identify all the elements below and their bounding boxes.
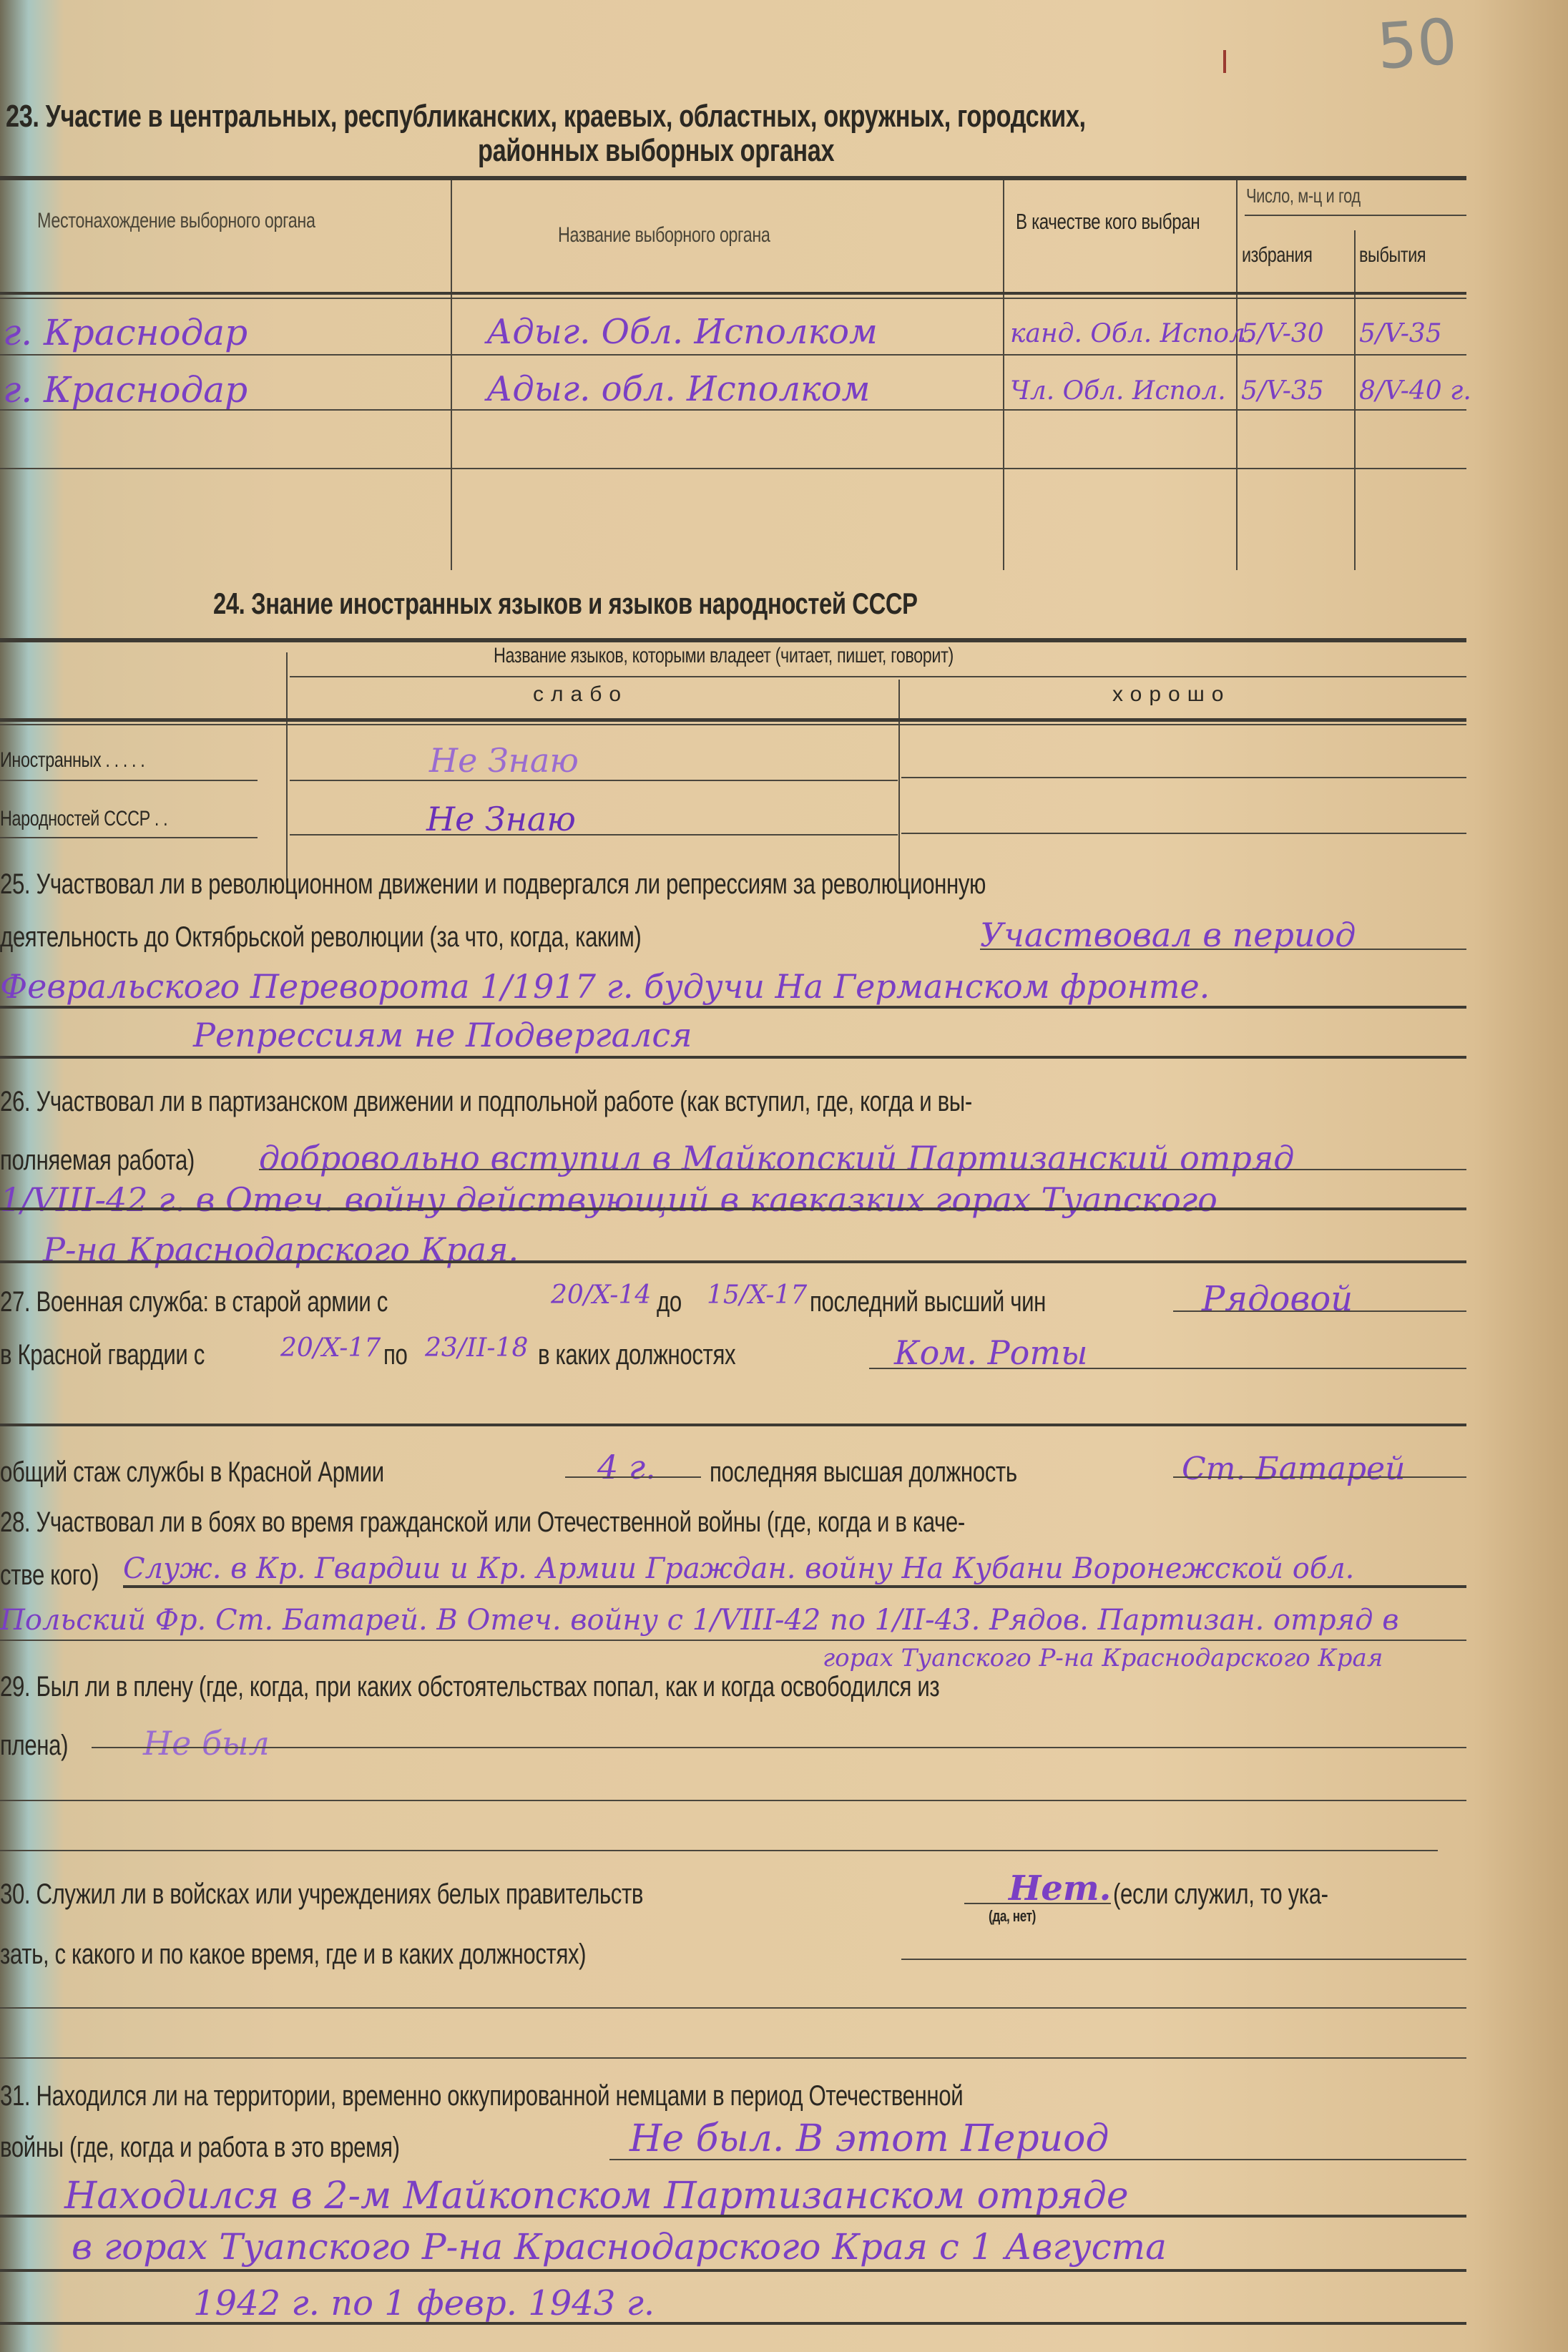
s24-row-rule	[0, 780, 258, 781]
s30-answer-line	[964, 1903, 1111, 1904]
s28-answer-line	[123, 1585, 1466, 1588]
s31-answer-line	[0, 2269, 1466, 2272]
s30-line2: зать, с какого и по какое время, где и в…	[0, 1939, 586, 1971]
s31-answer-2: Находился в 2-м Майкопском Партизанском …	[64, 2175, 1129, 2218]
s23-row1-name: Адыг. Обл. Исполком	[486, 312, 878, 352]
s23-col-elected-header: избрания	[1242, 243, 1313, 268]
s23-header-rule	[0, 292, 1466, 295]
s24-header-rule	[0, 718, 1466, 722]
s27-rank-line	[1173, 1310, 1466, 1312]
s28-answer-3: горах Туапского Р-на Краснодарского Края	[823, 1644, 1383, 1672]
s30-answer-line-2	[901, 1959, 1466, 1960]
s27-label-total: общий стаж службы в Красной Армии	[0, 1456, 384, 1489]
s23-col-left-header: выбытия	[1359, 243, 1426, 268]
s23-row-rule	[0, 354, 1466, 356]
s25-answer-line	[980, 949, 1466, 950]
s24-row1-label: Иностранных . . . . .	[0, 748, 144, 773]
s27-red-to: 23/II-18	[425, 1333, 528, 1363]
s29-blank-line	[0, 1800, 1466, 1801]
s30-hint: (да, нет)	[989, 1907, 1036, 1926]
s24-title: 24. Знание иностранных языков и языков н…	[213, 587, 918, 621]
s30-label: 30. Служил ли в войсках или учреждениях …	[0, 1878, 643, 1911]
s23-row2-name: Адыг. обл. Исполком	[486, 369, 870, 409]
s23-row1-location: г. Краснодар	[3, 312, 248, 353]
s24-row-rule	[0, 837, 258, 838]
s27-label-until: по	[383, 1339, 407, 1371]
s23-row1-role: канд. Обл. Испол.	[1010, 319, 1253, 348]
s28-answer-line	[0, 1640, 1466, 1641]
s23-col-divider	[1003, 180, 1004, 570]
s27-label-rank: последний высший чин	[810, 1286, 1046, 1318]
s23-row1-left: 5/V-35	[1359, 319, 1442, 348]
s26-answer-2: 1/VIII-42 г. в Отеч. войну действующий в…	[0, 1180, 1217, 1219]
s27-row2: в Красной гвардии с 20/X-17 по 23/II-18 …	[0, 1339, 1502, 1375]
s25-answer-line	[0, 1056, 1466, 1059]
s31-answer-line	[0, 2322, 1466, 2325]
s23-col-date-header: Число, м-ц и год	[1246, 185, 1361, 207]
s23-row2-left: 8/V-40 г.	[1359, 376, 1471, 406]
s23-date-group-rule	[1245, 215, 1466, 216]
s28-line2: стве кого)	[0, 1559, 99, 1592]
s24-row1-weak: Не Знаю	[429, 741, 579, 780]
s23-col-name-header: Название выборного органа	[558, 223, 770, 248]
s24-row1-good-line	[901, 777, 1466, 778]
s23-row2-elected: 5/V-35	[1241, 376, 1324, 406]
s27-total-line	[565, 1476, 701, 1478]
s30-blank-line	[0, 2057, 1466, 2059]
s25-answer-3: Репрессиям не Подвергался	[193, 1016, 692, 1054]
s31-answer-line	[609, 2159, 1466, 2160]
s28-answer-2: Польский Фр. Ст. Батарей. В Отеч. войну …	[0, 1604, 1399, 1637]
s26-line1: 26. Участвовал ли в партизанском движени…	[0, 1086, 972, 1118]
s24-group-rule	[290, 676, 1466, 677]
s25-answer-line	[0, 1006, 1466, 1009]
s31-answer-3: в горах Туапского Р-на Краснодарского Кр…	[72, 2226, 1167, 2268]
s27-label-red-guard: в Красной гвардии с	[0, 1339, 205, 1371]
s26-answer-line	[259, 1169, 1466, 1170]
s31-answer-line	[0, 2215, 1466, 2218]
s27-label-positions: в каких должностях	[538, 1339, 735, 1371]
s27-label-to: до	[657, 1286, 682, 1318]
s29-line1: 29. Был ли в плену (где, когда, при каки…	[0, 1671, 939, 1703]
s29-answer-line	[92, 1747, 1466, 1748]
page-number: 50	[1375, 4, 1460, 84]
s25-answer-2: Февральского Переворота 1/1917 г. будучи…	[0, 967, 1210, 1006]
s27-label-last-position: последняя высшая должность	[710, 1456, 1017, 1489]
s27-total-service: 4 г.	[597, 1448, 656, 1486]
s24-row2-good-line	[901, 833, 1466, 834]
s27-label-old-army: 27. Военная служба: в старой армии с	[0, 1286, 388, 1318]
s29-line2: плена)	[0, 1730, 68, 1762]
s27-positions-line	[869, 1368, 1466, 1369]
s23-table-top-rule	[0, 176, 1466, 180]
s25-line1: 25. Участвовал ли в революционном движен…	[0, 868, 986, 901]
s26-answer-line	[0, 1260, 1466, 1263]
s29-answer: Не был	[143, 1724, 270, 1763]
s23-col-divider	[1236, 180, 1238, 570]
s27-old-rank: Рядовой	[1202, 1279, 1353, 1319]
s27-red-from: 20/X-17	[280, 1333, 381, 1363]
s26-line2: полняемая работа)	[0, 1145, 195, 1177]
s24-col-divider	[898, 680, 900, 881]
s23-col-divider	[1354, 230, 1356, 570]
s24-header-rule	[0, 724, 1466, 725]
s23-row2-role: Чл. Обл. Испол.	[1010, 376, 1226, 406]
s27-row3: общий стаж службы в Красной Армии 4 г. п…	[0, 1456, 1502, 1492]
s27-last-position: Ст. Батарей	[1182, 1451, 1405, 1487]
s28-line1: 28. Участвовал ли в боях во время гражда…	[0, 1506, 965, 1539]
s24-row2-label: Народностей СССР . .	[0, 807, 167, 831]
s23-row2-location: г. Краснодар	[3, 369, 248, 411]
s23-col-role-header: В качестве кого выбран	[1016, 209, 1200, 235]
s23-title-line2: районных выборных органах	[478, 133, 834, 169]
s24-group-header: Название языков, которыми владеет (читае…	[494, 644, 954, 668]
s27-old-to: 15/X-17	[707, 1280, 807, 1310]
s27-row1: 27. Военная служба: в старой армии с 20/…	[0, 1286, 1502, 1322]
s23-header-rule	[0, 298, 1466, 299]
s23-row1-elected: 5/V-30	[1241, 319, 1324, 348]
s31-answer-4: 1942 г. по 1 февр. 1943 г.	[193, 2283, 655, 2323]
s30-blank-line	[0, 2007, 1466, 2009]
s31-line1: 31. Находился ли на территории, временно…	[0, 2080, 963, 2112]
s26-answer-line	[0, 1207, 1466, 1210]
s24-col-divider	[286, 652, 288, 881]
s23-row-rule	[0, 409, 1466, 411]
s31-answer-1: Не был. В этот Период	[629, 2117, 1109, 2160]
s23-row-rule	[0, 468, 1466, 469]
s26-answer-1: добровольно вступил в Майкопский Партиза…	[259, 1139, 1294, 1177]
s25-line2: деятельность до Октябрьской революции (з…	[0, 921, 641, 954]
s27-last-position-line	[1173, 1476, 1466, 1478]
pencil-mark	[1223, 50, 1226, 73]
s31-line2: войны (где, когда и работа в это время)	[0, 2132, 400, 2164]
s23-col-location-header: Местонахождение выборного органа	[37, 209, 315, 233]
s23-title-line1: 23. Участие в центральных, республиканск…	[6, 99, 1086, 134]
s30-label-continued: (если служил, то ука-	[1113, 1878, 1328, 1911]
s24-row1-weak-line	[290, 780, 898, 781]
s24-table-top-rule	[0, 638, 1466, 642]
s27-old-from: 20/X-14	[551, 1280, 651, 1310]
s24-col-weak-header: слабо	[533, 682, 628, 707]
s23-col-divider	[451, 180, 452, 570]
s27-red-positions: Ком. Роты	[894, 1333, 1087, 1372]
s28-answer-1: Служ. в Кр. Гвардии и Кр. Армии Граждан.…	[123, 1552, 1354, 1585]
s24-col-good-header: хорошо	[1112, 682, 1230, 707]
s24-row2-weak-line	[290, 834, 898, 836]
s27-blank-line	[0, 1424, 1466, 1426]
s24-row2-weak: Не Знаю	[426, 800, 576, 838]
s29-blank-line	[0, 1850, 1438, 1851]
s30-row1: 30. Служил ли в войсках или учреждениях …	[0, 1878, 1502, 1914]
